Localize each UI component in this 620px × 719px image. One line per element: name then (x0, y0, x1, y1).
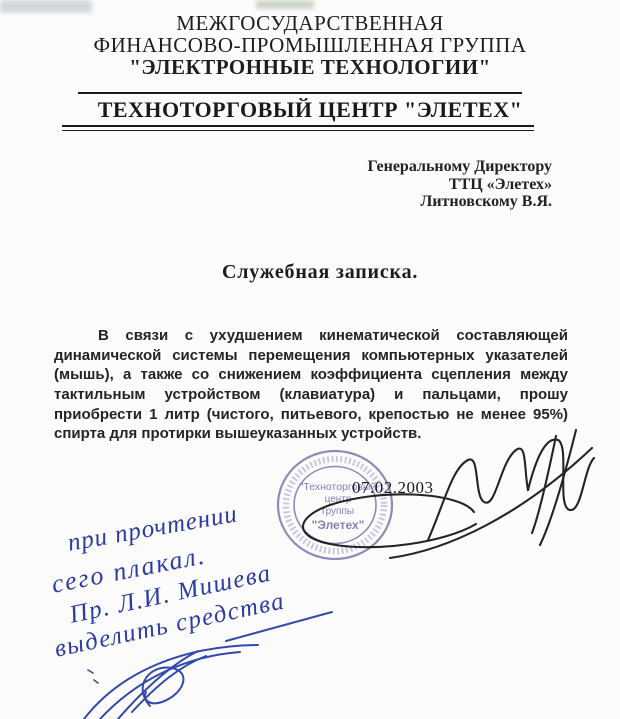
addressee-line3: Литновскому В.Я. (252, 193, 552, 211)
stamp-line3: группы (290, 506, 386, 518)
document-date: 07.02.2003 (352, 478, 434, 498)
body-line: приобрести 1 литр (чистого, питьевого, к… (54, 405, 568, 425)
org-name-line3: "ЭЛЕКТРОННЫЕ ТЕХНОЛОГИИ" (0, 56, 620, 78)
stamp-line4: "Элетех" (290, 518, 386, 532)
letterhead-rule-top (78, 92, 522, 94)
addressee-line2: ТТЦ «Элетех» (252, 176, 552, 194)
body-line: динамической системы перемещения компьют… (54, 346, 568, 366)
body-line: В связи с ухудшением кинематической сост… (54, 326, 568, 346)
document-title: Служебная записка. (222, 261, 418, 284)
addressee-block: Генеральному Директору ТТЦ «Элетех» Литн… (252, 158, 552, 211)
body-line: спирта для протирки вышеуказанных устрой… (54, 424, 568, 444)
org-name-line2: ФИНАНСОВО-ПРОМЫШЛЕННАЯ ГРУППА (0, 34, 620, 56)
addressee-line1: Генеральному Директору (252, 158, 552, 176)
body-line: тактильным устройством (клавиатура) и па… (54, 385, 568, 405)
ink-dot-mark (88, 670, 98, 683)
scan-artifact-top-smudge (256, 0, 314, 9)
body-paragraph: В связи с ухудшением кинематической сост… (54, 326, 568, 444)
scanned-memo-page: МЕЖГОСУДАРСТВЕННАЯ ФИНАНСОВО-ПРОМЫШЛЕННА… (0, 0, 620, 719)
letterhead-rule-bottom-thin (62, 130, 534, 131)
org-name-line1: МЕЖГОСУДАРСТВЕННАЯ (0, 12, 620, 34)
approver-blue-signature (84, 645, 258, 719)
center-name: ТЕХНОТОРГОВЫЙ ЦЕНТР "ЭЛЕТЕХ" (0, 97, 620, 123)
letterhead-rule-bottom-thick (62, 125, 534, 127)
body-line: (мышь), а также со снижением коэффициент… (54, 365, 568, 385)
